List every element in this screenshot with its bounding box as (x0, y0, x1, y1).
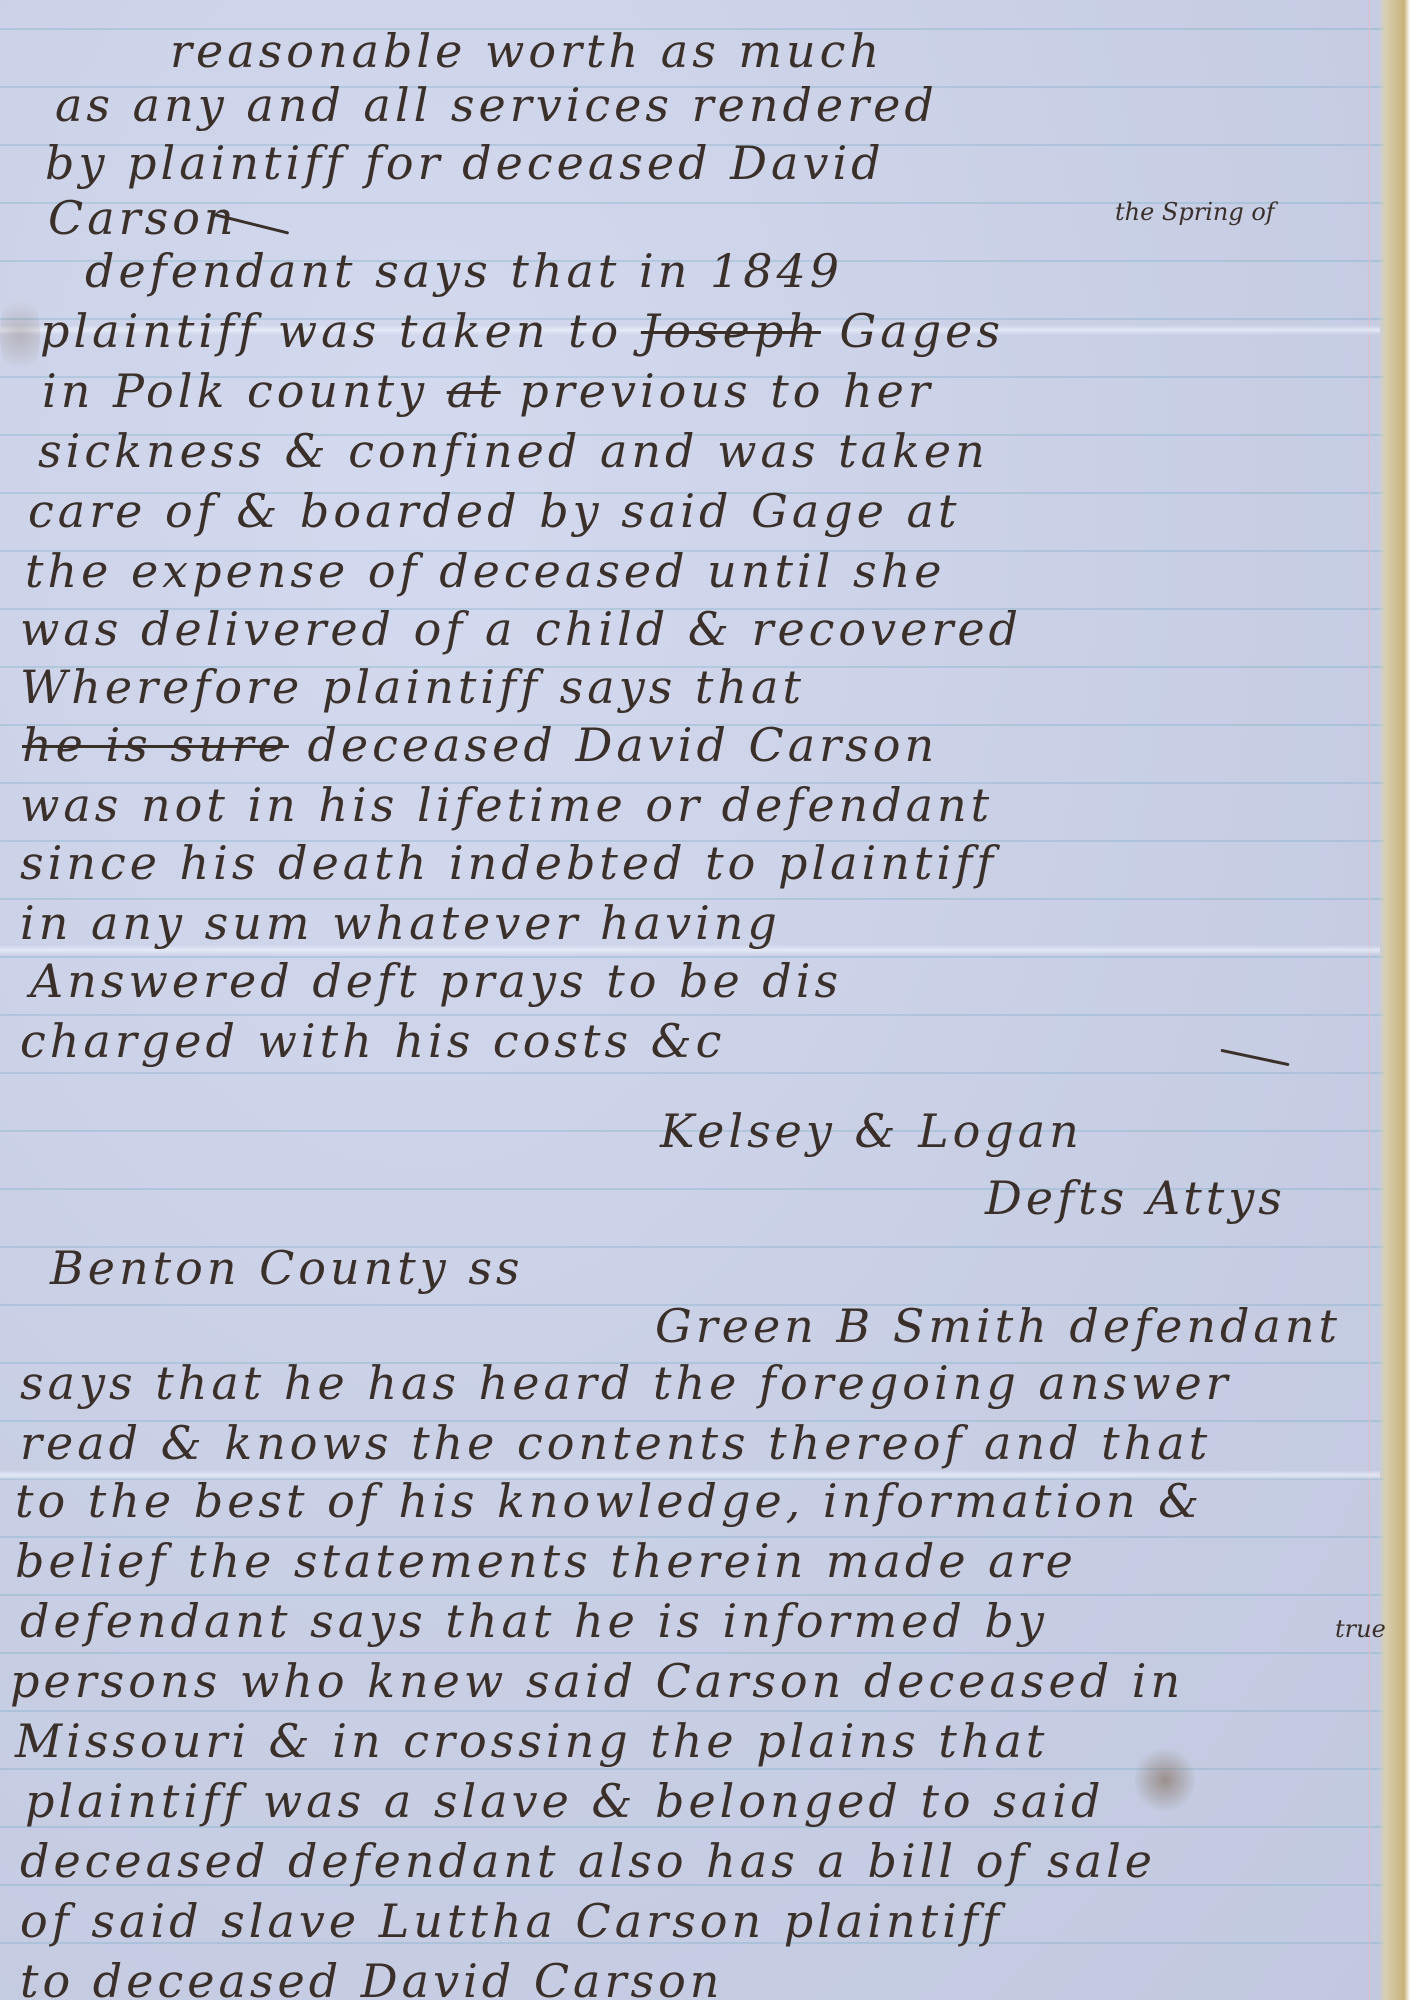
line-text: deceased defendant also has a bill of sa… (20, 1834, 1156, 1888)
struck-text: he is sure (22, 718, 289, 772)
signature-attorneys: Kelsey & Logan (660, 1108, 1083, 1154)
manuscript-page: reasonable worth as muchas any and all s… (0, 0, 1414, 2000)
closing-flourish (1220, 1049, 1289, 1066)
struck-text: Joseph (641, 304, 821, 358)
line-text: defendant says that in 1849 (85, 244, 843, 298)
manuscript-line: deceased defendant also has a bill of sa… (20, 1838, 1156, 1884)
manuscript-line: in any sum whatever having (20, 900, 781, 946)
line-text: Green B Smith defendant (655, 1299, 1341, 1353)
manuscript-line: care of & boarded by said Gage at (28, 488, 960, 534)
line-text: Gages (821, 304, 1004, 358)
manuscript-line: as any and all services rendered (55, 82, 938, 128)
line-text: as any and all services rendered (55, 78, 938, 132)
line-text: plaintiff was a slave & belonged to said (25, 1774, 1104, 1828)
line-text: in any sum whatever having (20, 896, 781, 950)
ink-stain (1135, 1745, 1195, 1815)
signature-title: Defts Attys (985, 1175, 1286, 1221)
manuscript-line: Missouri & in crossing the plains that (15, 1718, 1048, 1764)
manuscript-line: Carson (48, 195, 238, 241)
manuscript-line: belief the statements therein made are (15, 1538, 1077, 1584)
line-text: says that he has heard the foregoing ans… (20, 1356, 1232, 1410)
line-text: was not in his lifetime or defendant (20, 778, 993, 832)
ink-stain (0, 290, 40, 380)
interlinear-insert: true (1335, 1615, 1386, 1643)
line-text: Carson (48, 191, 238, 245)
manuscript-line: was delivered of a child & recovered (20, 606, 1022, 652)
line-text: plaintiff was taken to (40, 304, 641, 358)
manuscript-line: defendant says that in 1849 (85, 248, 843, 294)
manuscript-line: to deceased David Carson (20, 1958, 723, 2000)
manuscript-line: persons who knew said Carson deceased in (10, 1658, 1184, 1704)
manuscript-line: reasonable worth as much (170, 28, 883, 74)
margin-rule-line (1369, 0, 1370, 2000)
manuscript-line: Answered deft prays to be dis (30, 958, 842, 1004)
line-text: sickness & confined and was taken (38, 424, 989, 478)
line-text: Missouri & in crossing the plains that (15, 1714, 1048, 1768)
line-text: persons who knew said Carson deceased in (10, 1654, 1184, 1708)
interlinear-insert: the Spring of (1115, 198, 1275, 226)
line-text: of said slave Luttha Carson plaintiff (20, 1894, 1003, 1948)
manuscript-line: was not in his lifetime or defendant (20, 782, 993, 828)
manuscript-line: defendant says that he is informed by (20, 1598, 1048, 1644)
manuscript-line: since his death indebted to plaintiff (20, 840, 997, 886)
manuscript-line: charged with his costs &c (20, 1018, 725, 1064)
line-text: read & knows the contents thereof and th… (20, 1416, 1211, 1470)
manuscript-line: in Polk county at previous to her (42, 368, 934, 414)
manuscript-line: by plaintiff for deceased David (45, 140, 885, 186)
line-text: in Polk county (42, 364, 447, 418)
line-text: the expense of deceased until she (25, 544, 945, 598)
manuscript-line: says that he has heard the foregoing ans… (20, 1360, 1232, 1406)
manuscript-line: plaintiff was taken to Joseph Gages (40, 308, 1004, 354)
manuscript-line: of said slave Luttha Carson plaintiff (20, 1898, 1003, 1944)
manuscript-line: plaintiff was a slave & belonged to said (25, 1778, 1104, 1824)
struck-text: at (447, 364, 501, 418)
line-text: reasonable worth as much (170, 24, 883, 78)
manuscript-line: to the best of his knowledge, informatio… (15, 1478, 1203, 1524)
line-text: to deceased David Carson (20, 1954, 723, 2000)
line-text: since his death indebted to plaintiff (20, 836, 997, 890)
line-text: deceased David Carson (289, 718, 938, 772)
line-text: charged with his costs &c (20, 1014, 725, 1068)
manuscript-line: sickness & confined and was taken (38, 428, 989, 474)
manuscript-line: read & knows the contents thereof and th… (20, 1420, 1211, 1466)
line-text: previous to her (501, 364, 934, 418)
manuscript-line: he is sure deceased David Carson (22, 722, 938, 768)
line-text: to the best of his knowledge, informatio… (15, 1474, 1203, 1528)
manuscript-line: Wherefore plaintiff says that (20, 664, 805, 710)
line-text: defendant says that he is informed by (20, 1594, 1048, 1648)
line-text: was delivered of a child & recovered (20, 602, 1022, 656)
manuscript-line: Green B Smith defendant (655, 1303, 1341, 1349)
line-text: care of & boarded by said Gage at (28, 484, 960, 538)
line-text: Answered deft prays to be dis (30, 954, 842, 1008)
line-text: belief the statements therein made are (15, 1534, 1077, 1588)
line-text: Wherefore plaintiff says that (20, 660, 805, 714)
line-text: by plaintiff for deceased David (45, 136, 885, 190)
affidavit-venue: Benton County ss (50, 1245, 524, 1291)
manuscript-line: the expense of deceased until she (25, 548, 945, 594)
